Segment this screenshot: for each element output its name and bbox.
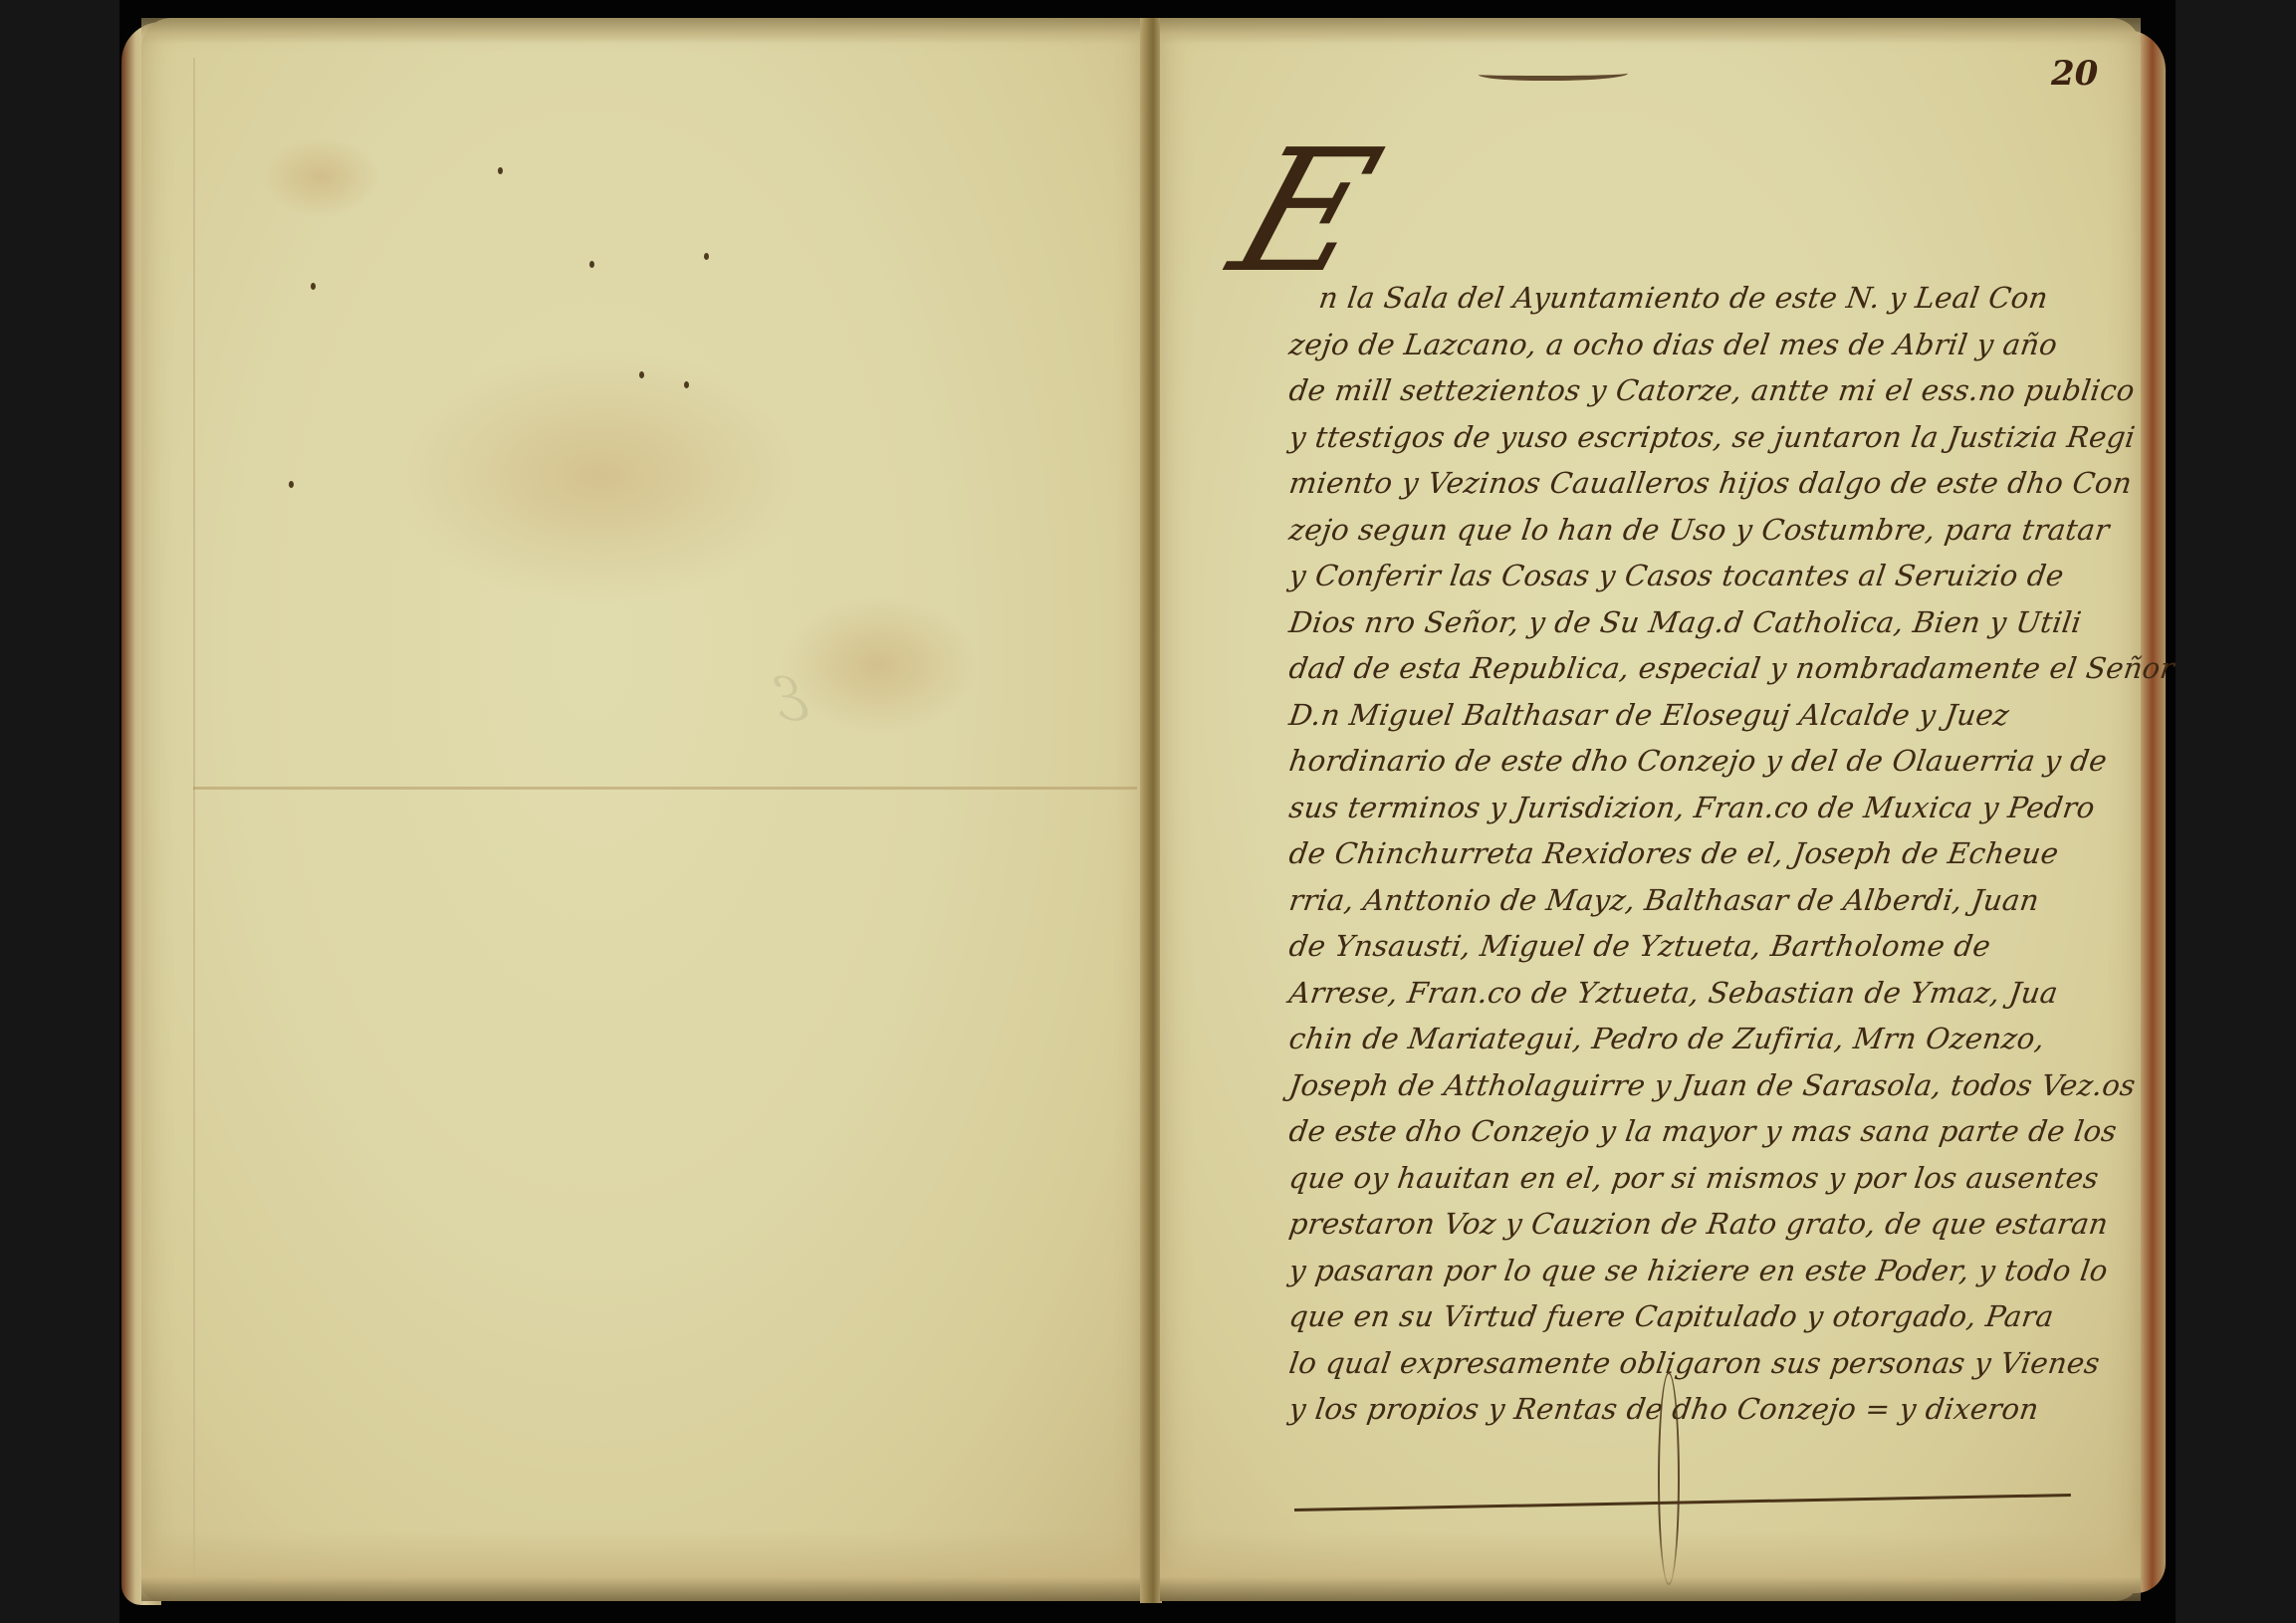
header-flourish	[1479, 66, 1628, 81]
manuscript-text-block: n la Sala del Ayuntamiento de este N. y …	[1289, 275, 2116, 1433]
left-page: ℰ	[141, 18, 1147, 1601]
page-bottom-edge	[1160, 1531, 2141, 1601]
manuscript-line: que en su Virtud fuere Capitulado y otor…	[1286, 1293, 2120, 1340]
right-page: 20 E n la Sala del Ayuntamiento de este …	[1160, 18, 2141, 1601]
manuscript-line: y los propios y Rentas de dho Conzejo = …	[1286, 1386, 2120, 1433]
ink-speck	[704, 253, 709, 260]
water-stain	[261, 137, 380, 217]
manuscript-line: n la Sala del Ayuntamiento de este N. y …	[1286, 275, 2120, 322]
manuscript-line: y ttestigos de yuso escriptos, se juntar…	[1286, 414, 2120, 461]
book-spine-gutter	[1140, 18, 1162, 1603]
manuscript-line: Dios nro Señor, y de Su Mag.d Catholica,…	[1286, 599, 2120, 646]
manuscript-line: zejo de Lazcano, a ocho dias del mes de …	[1286, 322, 2120, 368]
manuscript-line: rria, Anttonio de Mayz, Balthasar de Alb…	[1286, 877, 2120, 924]
closing-rule-line	[1294, 1494, 2071, 1511]
manuscript-line: miento y Vezinos Caualleros hijos dalgo …	[1286, 460, 2120, 507]
manuscript-line: hordinario de este dho Conzejo y del de …	[1286, 738, 2120, 785]
manuscript-line: D.n Miguel Balthasar de Eloseguj Alcalde…	[1286, 692, 2120, 739]
ink-speck	[289, 481, 294, 488]
manuscript-line: dad de esta Republica, especial y nombra…	[1286, 645, 2120, 692]
manuscript-book: ℰ 20 E n la Sala del Ayuntamiento de est…	[119, 0, 2176, 1623]
page-margin-crease	[193, 58, 195, 1581]
manuscript-line: de mill settezientos y Catorze, antte mi…	[1286, 367, 2120, 414]
horizontal-fold-crease	[193, 787, 1137, 790]
manuscript-line: y pasaran por lo que se hiziere en este …	[1286, 1248, 2120, 1294]
drop-cap-initial: E	[1216, 127, 1394, 297]
water-stain	[390, 347, 808, 605]
manuscript-line: lo qual expresamente obligaron sus perso…	[1286, 1340, 2120, 1387]
ink-speck	[498, 167, 503, 174]
manuscript-line: de Chinchurreta Rexidores de el, Joseph …	[1286, 830, 2120, 877]
manuscript-line: de este dho Conzejo y la mayor y mas san…	[1286, 1108, 2120, 1155]
manuscript-line: y Conferir las Cosas y Casos tocantes al…	[1286, 553, 2120, 599]
ink-speck	[589, 261, 594, 268]
manuscript-line: Joseph de Attholaguirre y Juan de Saraso…	[1286, 1062, 2120, 1109]
ink-bleed-through: ℰ	[779, 665, 814, 735]
folio-number: 20	[2051, 54, 2098, 94]
manuscript-line: chin de Mariategui, Pedro de Zufiria, Mr…	[1286, 1016, 2120, 1062]
manuscript-line: de Ynsausti, Miguel de Yztueta, Bartholo…	[1286, 923, 2120, 970]
manuscript-line: zejo segun que lo han de Uso y Costumbre…	[1286, 507, 2120, 554]
page-top-edge	[141, 18, 1147, 44]
ink-speck	[311, 283, 316, 290]
manuscript-line: prestaron Voz y Cauzion de Rato grato, d…	[1286, 1201, 2120, 1248]
ink-speck	[639, 371, 644, 378]
manuscript-line: que oy hauitan en el, por si mismos y po…	[1286, 1155, 2120, 1202]
page-bottom-edge	[141, 1531, 1147, 1601]
manuscript-line: Arrese, Fran.co de Yztueta, Sebastian de…	[1286, 970, 2120, 1017]
page-top-edge	[1160, 18, 2141, 44]
ink-speck	[684, 381, 689, 388]
scan-viewer: ℰ 20 E n la Sala del Ayuntamiento de est…	[119, 0, 2176, 1623]
manuscript-line: sus terminos y Jurisdizion, Fran.co de M…	[1286, 785, 2120, 831]
